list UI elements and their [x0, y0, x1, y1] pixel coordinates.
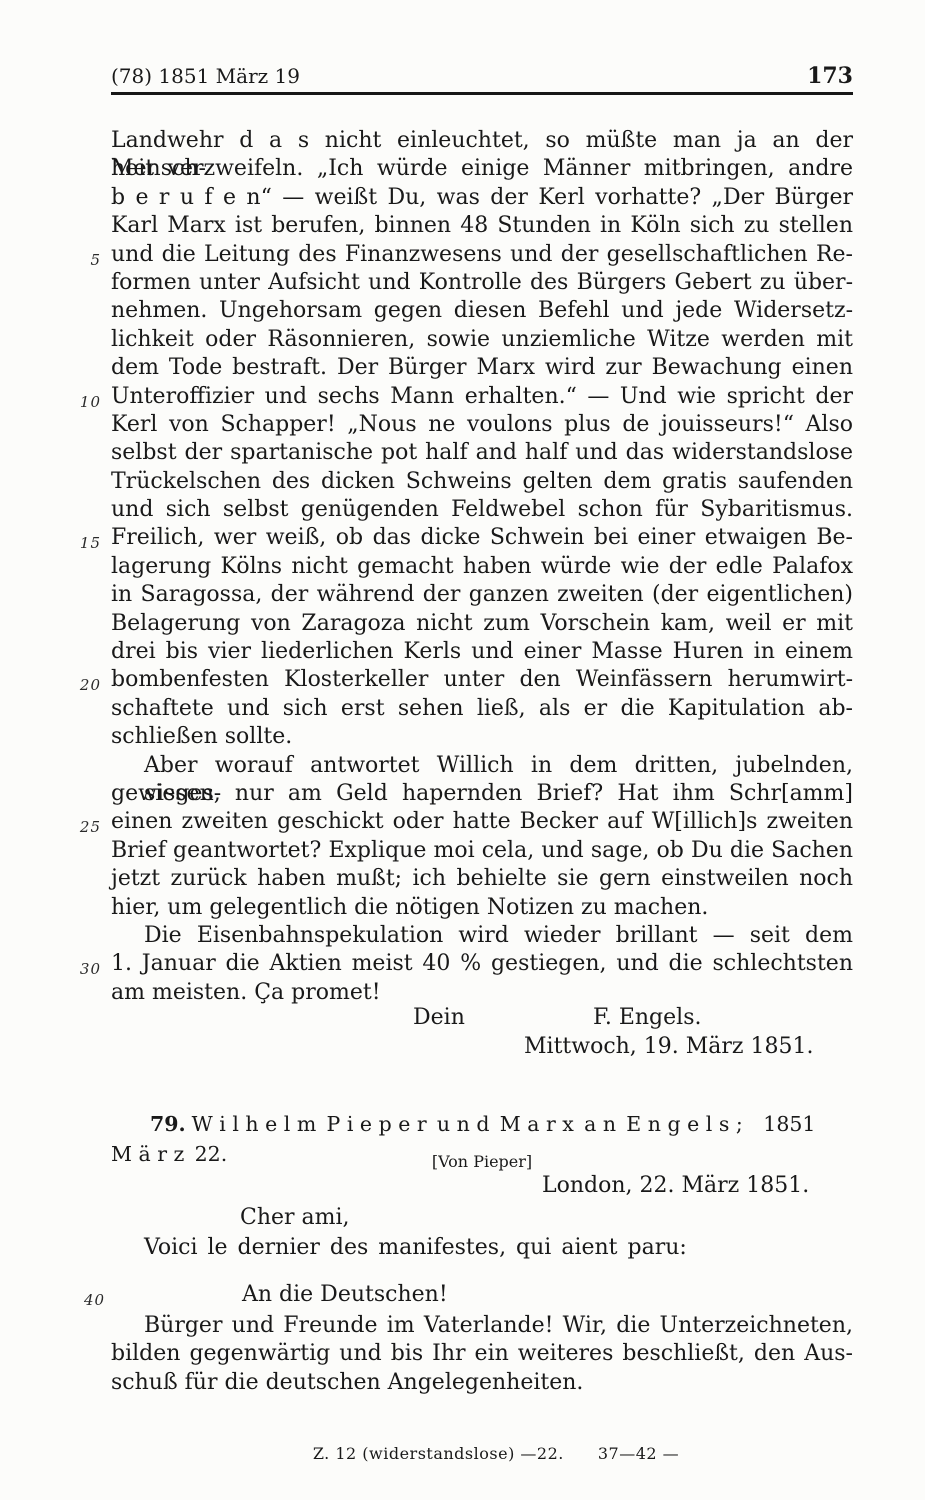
- text-line: dem Tode bestraft. Der Bürger Marx wird …: [111, 354, 853, 382]
- text-line: hier, um gelegentlich die nötigen Notize…: [111, 894, 853, 922]
- text-line: Belagerung von Zaragoza nicht zum Vorsch…: [111, 610, 853, 638]
- line-number: 5: [90, 246, 101, 274]
- manifesto-heading-text: An die Deutschen!: [242, 1282, 448, 1307]
- text-line: nehmen. Ungehorsam gegen diesen Befehl u…: [111, 297, 853, 325]
- line-text: am meisten. Ça promet!: [111, 980, 381, 1005]
- text-line: 20bombenfesten Klosterkeller unter den W…: [111, 666, 853, 694]
- apparatus-footnote: Z. 12 (widerstandslose) —22. 37—42 —: [111, 1444, 853, 1463]
- line-number: 15: [80, 529, 101, 557]
- signature-name: F. Engels.: [593, 1005, 701, 1030]
- line-number: 25: [80, 813, 101, 841]
- text-line: Landwehr d a s nicht einleuchtet, so müß…: [111, 127, 853, 155]
- text-line: Die Eisenbahnspekulation wird wieder bri…: [111, 922, 853, 950]
- text-line: formen unter Aufsicht und Kontrolle des …: [111, 269, 853, 297]
- text-line: Trückelschen des dicken Schweins gelten …: [111, 468, 853, 496]
- line-text: Bürger und Freunde im Vaterlande! Wir, d…: [144, 1313, 853, 1338]
- text-line: schließen sollte.: [111, 723, 853, 751]
- text-line: 25einen zweiten geschickt oder hatte Bec…: [111, 808, 853, 836]
- line-text: hier, um gelegentlich die nötigen Notize…: [111, 895, 708, 920]
- header-rule: [111, 92, 853, 95]
- page-header: (78) 1851 März 19 173: [111, 63, 853, 89]
- letter-79-dateline: London, 22. März 1851.: [542, 1173, 809, 1198]
- text-line: bilden gegenwärtig und bis Ihr ein weite…: [111, 1340, 853, 1368]
- signature-row: Dein F. Engels.: [111, 1005, 853, 1033]
- text-line: 5und die Leitung des Finanzwesens und de…: [111, 241, 853, 269]
- line-text: und die Leitung des Finanzwesens und der…: [111, 242, 853, 267]
- valediction: Dein: [413, 1005, 465, 1030]
- text-line: b e r u f e n“ — weißt Du, was der Kerl …: [111, 184, 853, 212]
- line-text: Karl Marx ist berufen, binnen 48 Stunden…: [111, 213, 853, 238]
- text-line: und sich selbst genügenden Feldwebel sch…: [111, 496, 853, 524]
- text-line: gewissen, nur am Geld hapernden Brief? H…: [111, 780, 853, 808]
- line-text: lagerung Kölns nicht gemacht haben würde…: [111, 554, 853, 579]
- line-text: heit verzweifeln. „Ich würde einige Männ…: [111, 156, 853, 181]
- text-line: heit verzweifeln. „Ich würde einige Männ…: [111, 155, 853, 183]
- line-text: Trückelschen des dicken Schweins gelten …: [111, 469, 853, 494]
- line-text: nehmen. Ungehorsam gegen diesen Befehl u…: [111, 298, 853, 323]
- footnote-variant: Z. 12 (widerstandslose) —22.: [313, 1444, 564, 1463]
- signature-date: Mittwoch, 19. März 1851.: [524, 1034, 814, 1059]
- text-line: Brief geantwortet? Explique moi cela, un…: [111, 837, 853, 865]
- line-text: Freilich, wer weiß, ob das dicke Schwein…: [111, 525, 853, 550]
- line-text: bilden gegenwärtig und bis Ihr ein weite…: [111, 1341, 853, 1366]
- line-text: Brief geantwortet? Explique moi cela, un…: [111, 838, 853, 863]
- line-text: bombenfesten Klosterkeller unter den Wei…: [111, 667, 853, 692]
- line-text: jetzt zurück haben mußt; ich behielte si…: [111, 866, 853, 891]
- text-line: 301. Januar die Aktien meist 40 % gestie…: [111, 950, 853, 978]
- text-column: (78) 1851 März 19 173 Landwehr d a s nic…: [111, 0, 853, 1500]
- footnote-lines: 37—42 —: [598, 1444, 679, 1463]
- letter-79-title: W i l h e l m P i e p e r u n d M a r x …: [192, 1112, 816, 1136]
- text-line: Kerl von Schapper! „Nous ne voulons plus…: [111, 411, 853, 439]
- text-line: lagerung Kölns nicht gemacht haben würde…: [111, 553, 853, 581]
- line-text: und sich selbst genügenden Feldwebel sch…: [111, 497, 853, 522]
- line-text: gewissen, nur am Geld hapernden Brief? H…: [111, 781, 853, 806]
- text-line: lichkeit oder Räsonnieren, sowie unzieml…: [111, 326, 853, 354]
- line-text: Die Eisenbahnspekulation wird wieder bri…: [144, 923, 853, 948]
- line-text: dem Tode bestraft. Der Bürger Marx wird …: [111, 355, 853, 380]
- line-text: in Saragossa, der während der ganzen zwe…: [111, 582, 853, 607]
- text-line: Aber worauf antwortet Willich in dem dri…: [111, 752, 853, 780]
- line-text: schließen sollte.: [111, 724, 292, 749]
- line-text: selbst der spartanische pot half and hal…: [111, 440, 853, 465]
- salutation: Cher ami,: [240, 1205, 350, 1230]
- text-line: jetzt zurück haben mußt; ich behielte si…: [111, 865, 853, 893]
- letter-79-heading: 79.W i l h e l m P i e p e r u n d M a r…: [111, 1112, 853, 1136]
- line-text: Kerl von Schapper! „Nous ne voulons plus…: [111, 412, 853, 437]
- line-number: 40: [84, 1291, 105, 1309]
- text-line: in Saragossa, der während der ganzen zwe…: [111, 581, 853, 609]
- text-line: 15Freilich, wer weiß, ob das dicke Schwe…: [111, 524, 853, 552]
- line-text: 1. Januar die Aktien meist 40 % gestiege…: [111, 951, 853, 976]
- line-number: 20: [80, 671, 101, 699]
- line-text: schuß für die deutschen Angelegenheiten.: [111, 1370, 583, 1395]
- line-number: 30: [80, 955, 101, 983]
- text-line: Karl Marx ist berufen, binnen 48 Stunden…: [111, 212, 853, 240]
- line-text: formen unter Aufsicht und Kontrolle des …: [111, 270, 853, 295]
- letter-78-body: Landwehr d a s nicht einleuchtet, so müß…: [111, 127, 853, 1007]
- line-text: schaftete und sich erst sehen ließ, als …: [111, 696, 853, 721]
- book-page: (78) 1851 März 19 173 Landwehr d a s nic…: [0, 0, 925, 1500]
- line-number: 10: [80, 388, 101, 416]
- text-line: selbst der spartanische pot half and hal…: [111, 439, 853, 467]
- text-line: am meisten. Ça promet!: [111, 979, 853, 1007]
- line-text: einen zweiten geschickt oder hatte Becke…: [111, 809, 853, 834]
- letter-79-number: 79.: [150, 1112, 186, 1136]
- line-text: b e r u f e n“ — weißt Du, was der Kerl …: [111, 185, 853, 210]
- text-line: Bürger und Freunde im Vaterlande! Wir, d…: [111, 1312, 853, 1340]
- line-text: drei bis vier liederlichen Kerls und ein…: [111, 639, 853, 664]
- text-line: 10Unteroffizier und sechs Mann erhalten.…: [111, 383, 853, 411]
- line-text: Unteroffizier und sechs Mann erhalten.“ …: [111, 384, 853, 409]
- letter-79-body: Bürger und Freunde im Vaterlande! Wir, d…: [111, 1312, 853, 1397]
- attribution-note: [Von Pieper]: [111, 1152, 853, 1171]
- intro-line: Voici le dernier des manifestes, qui aie…: [144, 1235, 687, 1260]
- line-text: lichkeit oder Räsonnieren, sowie unzieml…: [111, 327, 853, 352]
- page-number: 173: [807, 63, 853, 89]
- line-text: Belagerung von Zaragoza nicht zum Vorsch…: [111, 611, 853, 636]
- text-line: drei bis vier liederlichen Kerls und ein…: [111, 638, 853, 666]
- text-line: schuß für die deutschen Angelegenheiten.: [111, 1369, 853, 1397]
- text-line: schaftete und sich erst sehen ließ, als …: [111, 695, 853, 723]
- manifesto-heading: 40 An die Deutschen!: [242, 1282, 448, 1307]
- running-head: (78) 1851 März 19: [111, 64, 300, 88]
